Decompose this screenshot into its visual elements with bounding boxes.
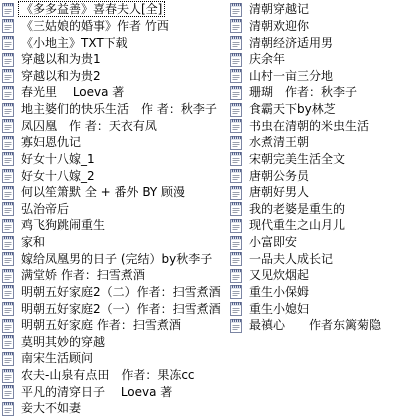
list-item[interactable]: 南宋生活顾问 bbox=[2, 350, 224, 367]
list-item[interactable]: 宋朝完美生活全文 bbox=[230, 151, 384, 168]
file-name-label: 鸡飞狗跳闹重生 bbox=[18, 217, 108, 233]
list-item[interactable]: 唐朝公务员 bbox=[230, 167, 384, 184]
list-item[interactable]: 平凡的清穿日子 Loeva 著 bbox=[2, 383, 224, 400]
file-name-label: 穿越以和为贵2 bbox=[18, 68, 104, 84]
list-item[interactable]: 何以笙箫默 全 + 番外 BY 顾漫 bbox=[2, 184, 224, 201]
list-item[interactable]: 我的老婆是重生的 bbox=[230, 201, 384, 218]
notepad-text-file-icon bbox=[2, 85, 15, 100]
notepad-text-file-icon bbox=[2, 351, 15, 366]
notepad-text-file-icon bbox=[2, 201, 15, 216]
list-item[interactable]: 鸡飞狗跳闹重生 bbox=[2, 217, 224, 234]
list-item[interactable]: 现代重生之山月儿 bbox=[230, 217, 384, 234]
list-item[interactable]: 庆余年 bbox=[230, 51, 384, 68]
file-name-label: 食霸天下by林芝 bbox=[246, 101, 339, 117]
list-item[interactable]: 重生小保姆 bbox=[230, 284, 384, 301]
list-item[interactable]: 寡妇恩仇记 bbox=[2, 134, 224, 151]
notepad-text-file-icon bbox=[230, 318, 243, 333]
list-item[interactable]: 《小地主》TXT下载 bbox=[2, 34, 224, 51]
notepad-text-file-icon bbox=[2, 401, 15, 416]
list-item[interactable]: 地主婆们的快乐生活 作 者：秋李子 bbox=[2, 101, 224, 118]
list-item[interactable]: 好女十八嫁_1 bbox=[2, 151, 224, 168]
file-name-label: 好女十八嫁_2 bbox=[18, 168, 98, 184]
notepad-text-file-icon bbox=[2, 151, 15, 166]
notepad-text-file-icon bbox=[230, 18, 243, 33]
file-name-label: 一品夫人成长记 bbox=[246, 251, 336, 267]
notepad-text-file-icon bbox=[2, 301, 15, 316]
notepad-text-file-icon bbox=[2, 185, 15, 200]
file-name-label: 最禛心 作者东篱菊隐 bbox=[246, 317, 384, 333]
file-name-label: 清朝穿越记 bbox=[246, 1, 312, 17]
file-name-label: 妾大不如妻 bbox=[18, 400, 84, 416]
file-name-label: 弘治帝后 bbox=[18, 201, 72, 217]
file-name-label: 水煮清王朝 bbox=[246, 134, 312, 150]
list-item[interactable]: 又见炊烟起 bbox=[230, 267, 384, 284]
file-name-label: 清朝欢迎你 bbox=[246, 18, 312, 34]
file-name-label: 凤囚凰 作 者：天衣有凤 bbox=[18, 118, 160, 134]
notepad-text-file-icon bbox=[230, 151, 243, 166]
file-name-label: 家和 bbox=[18, 234, 48, 250]
list-item[interactable]: 弘治帝后 bbox=[2, 201, 224, 218]
notepad-text-file-icon bbox=[230, 68, 243, 83]
file-name-label: 又见炊烟起 bbox=[246, 267, 312, 283]
file-name-label: 穿越以和为贵1 bbox=[18, 51, 104, 67]
file-name-label: 山村一亩三分地 bbox=[246, 68, 336, 84]
file-name-label: 明朝五好家庭2（二）作者：扫雪煮酒 bbox=[18, 284, 224, 300]
list-item[interactable]: 清朝穿越记 bbox=[230, 1, 384, 18]
list-item[interactable]: 凤囚凰 作 者：天衣有凤 bbox=[2, 117, 224, 134]
file-name-label: 何以笙箫默 全 + 番外 BY 顾漫 bbox=[18, 184, 188, 200]
notepad-text-file-icon bbox=[230, 284, 243, 299]
list-item[interactable]: 明朝五好家庭2（二）作者：扫雪煮酒 bbox=[2, 284, 224, 301]
list-item[interactable]: 重生小媳妇 bbox=[230, 300, 384, 317]
notepad-text-file-icon bbox=[230, 218, 243, 233]
notepad-text-file-icon bbox=[230, 301, 243, 316]
notepad-text-file-icon bbox=[2, 368, 15, 383]
notepad-text-file-icon bbox=[2, 52, 15, 67]
file-name-label: 重生小保姆 bbox=[246, 284, 312, 300]
notepad-text-file-icon bbox=[2, 168, 15, 183]
file-name-label: 唐朝好男人 bbox=[246, 184, 312, 200]
notepad-text-file-icon bbox=[230, 118, 243, 133]
list-item[interactable]: 小富即安 bbox=[230, 234, 384, 251]
list-item[interactable]: 一品夫人成长记 bbox=[230, 250, 384, 267]
notepad-text-file-icon bbox=[230, 2, 243, 17]
notepad-text-file-icon bbox=[2, 284, 15, 299]
notepad-text-file-icon bbox=[230, 235, 243, 250]
file-name-label: 春光里 Loeva 著 bbox=[18, 84, 127, 100]
notepad-text-file-icon bbox=[2, 334, 15, 349]
notepad-text-file-icon bbox=[2, 318, 15, 333]
file-name-label: 《多多益善》喜春夫人[全] bbox=[18, 1, 165, 17]
notepad-text-file-icon bbox=[2, 235, 15, 250]
file-name-label: 珊瑚 作者：秋李子 bbox=[246, 84, 360, 100]
list-item[interactable]: 山村一亩三分地 bbox=[230, 68, 384, 85]
notepad-text-file-icon bbox=[2, 135, 15, 150]
notepad-text-file-icon bbox=[230, 52, 243, 67]
notepad-text-file-icon bbox=[2, 2, 15, 17]
file-name-label: 重生小媳妇 bbox=[246, 301, 312, 317]
notepad-text-file-icon bbox=[2, 118, 15, 133]
notepad-text-file-icon bbox=[230, 201, 243, 216]
notepad-text-file-icon bbox=[230, 168, 243, 183]
file-name-label: 农夫-山泉有点田 作者：果冻cc bbox=[18, 367, 198, 383]
file-name-label: 嫁给凤凰男的日子 (完结）by秋李子 bbox=[18, 251, 215, 267]
file-name-label: 庆余年 bbox=[246, 51, 288, 67]
notepad-text-file-icon bbox=[2, 251, 15, 266]
notepad-text-file-icon bbox=[2, 218, 15, 233]
notepad-text-file-icon bbox=[2, 35, 15, 50]
file-name-label: 现代重生之山月儿 bbox=[246, 217, 348, 233]
file-name-label: 寡妇恩仇记 bbox=[18, 134, 84, 150]
list-item[interactable]: 《多多益善》喜春夫人[全] bbox=[2, 1, 224, 18]
file-name-label: 我的老婆是重生的 bbox=[246, 201, 348, 217]
notepad-text-file-icon bbox=[230, 185, 243, 200]
list-item[interactable]: 家和 bbox=[2, 234, 224, 251]
list-item[interactable]: 珊瑚 作者：秋李子 bbox=[230, 84, 384, 101]
file-name-label: 宋朝完美生活全文 bbox=[246, 151, 348, 167]
list-item[interactable]: 明朝五好家庭 作者：扫雪煮酒 bbox=[2, 317, 224, 334]
list-item[interactable]: 最禛心 作者东篱菊隐 bbox=[230, 317, 384, 334]
list-item[interactable]: 嫁给凤凰男的日子 (完结）by秋李子 bbox=[2, 250, 224, 267]
file-name-label: 地主婆们的快乐生活 作 者：秋李子 bbox=[18, 101, 220, 117]
list-item[interactable]: 满堂娇 作者：扫雪煮酒 bbox=[2, 267, 224, 284]
list-item[interactable]: 水煮清王朝 bbox=[230, 134, 384, 151]
list-item[interactable]: 穿越以和为贵2 bbox=[2, 68, 224, 85]
file-name-label: 满堂娇 作者：扫雪煮酒 bbox=[18, 267, 148, 283]
notepad-text-file-icon bbox=[230, 135, 243, 150]
file-name-label: 小富即安 bbox=[246, 234, 300, 250]
notepad-text-file-icon bbox=[2, 102, 15, 117]
file-list-column-2: 清朝穿越记清朝欢迎你清朝经济适用男庆余年山村一亩三分地珊瑚 作者：秋李子食霸天下… bbox=[230, 1, 384, 334]
file-name-label: 清朝经济适用男 bbox=[246, 35, 336, 51]
notepad-text-file-icon bbox=[2, 268, 15, 283]
file-name-label: 莫明其妙的穿越 bbox=[18, 334, 108, 350]
list-item[interactable]: 农夫-山泉有点田 作者：果冻cc bbox=[2, 367, 224, 384]
list-item[interactable]: 莫明其妙的穿越 bbox=[2, 334, 224, 351]
file-name-label: 明朝五好家庭 作者：扫雪煮酒 bbox=[18, 317, 184, 333]
notepad-text-file-icon bbox=[2, 384, 15, 399]
file-name-label: 书虫在清朝的米虫生活 bbox=[246, 118, 372, 134]
notepad-text-file-icon bbox=[230, 102, 243, 117]
list-item[interactable]: 食霸天下by林芝 bbox=[230, 101, 384, 118]
notepad-text-file-icon bbox=[2, 68, 15, 83]
notepad-text-file-icon bbox=[230, 251, 243, 266]
list-item[interactable]: 书虫在清朝的米虫生活 bbox=[230, 117, 384, 134]
list-item[interactable]: 妾大不如妻 bbox=[2, 400, 224, 417]
notepad-text-file-icon bbox=[230, 35, 243, 50]
file-name-label: 唐朝公务员 bbox=[246, 168, 312, 184]
notepad-text-file-icon bbox=[2, 18, 15, 33]
list-item[interactable]: 好女十八嫁_2 bbox=[2, 167, 224, 184]
file-name-label: 好女十八嫁_1 bbox=[18, 151, 98, 167]
file-name-label: 平凡的清穿日子 Loeva 著 bbox=[18, 384, 175, 400]
list-item[interactable]: 明朝五好家庭2（一）作者：扫雪煮酒 bbox=[2, 300, 224, 317]
list-item[interactable]: 唐朝好男人 bbox=[230, 184, 384, 201]
list-item[interactable]: 穿越以和为贵1 bbox=[2, 51, 224, 68]
list-item[interactable]: 《三姑娘的婚事》作者 竹西 bbox=[2, 18, 224, 35]
notepad-text-file-icon bbox=[230, 85, 243, 100]
file-list-view: 《多多益善》喜春夫人[全]《三姑娘的婚事》作者 竹西《小地主》TXT下载穿越以和… bbox=[0, 0, 409, 417]
file-name-label: 《三姑娘的婚事》作者 竹西 bbox=[18, 18, 172, 34]
file-name-label: 南宋生活顾问 bbox=[18, 350, 96, 366]
list-item[interactable]: 清朝欢迎你 bbox=[230, 18, 384, 35]
file-name-label: 《小地主》TXT下载 bbox=[18, 35, 131, 51]
file-list-column-1: 《多多益善》喜春夫人[全]《三姑娘的婚事》作者 竹西《小地主》TXT下载穿越以和… bbox=[2, 1, 224, 417]
list-item[interactable]: 清朝经济适用男 bbox=[230, 34, 384, 51]
file-name-label: 明朝五好家庭2（一）作者：扫雪煮酒 bbox=[18, 301, 224, 317]
notepad-text-file-icon bbox=[230, 268, 243, 283]
list-item[interactable]: 春光里 Loeva 著 bbox=[2, 84, 224, 101]
